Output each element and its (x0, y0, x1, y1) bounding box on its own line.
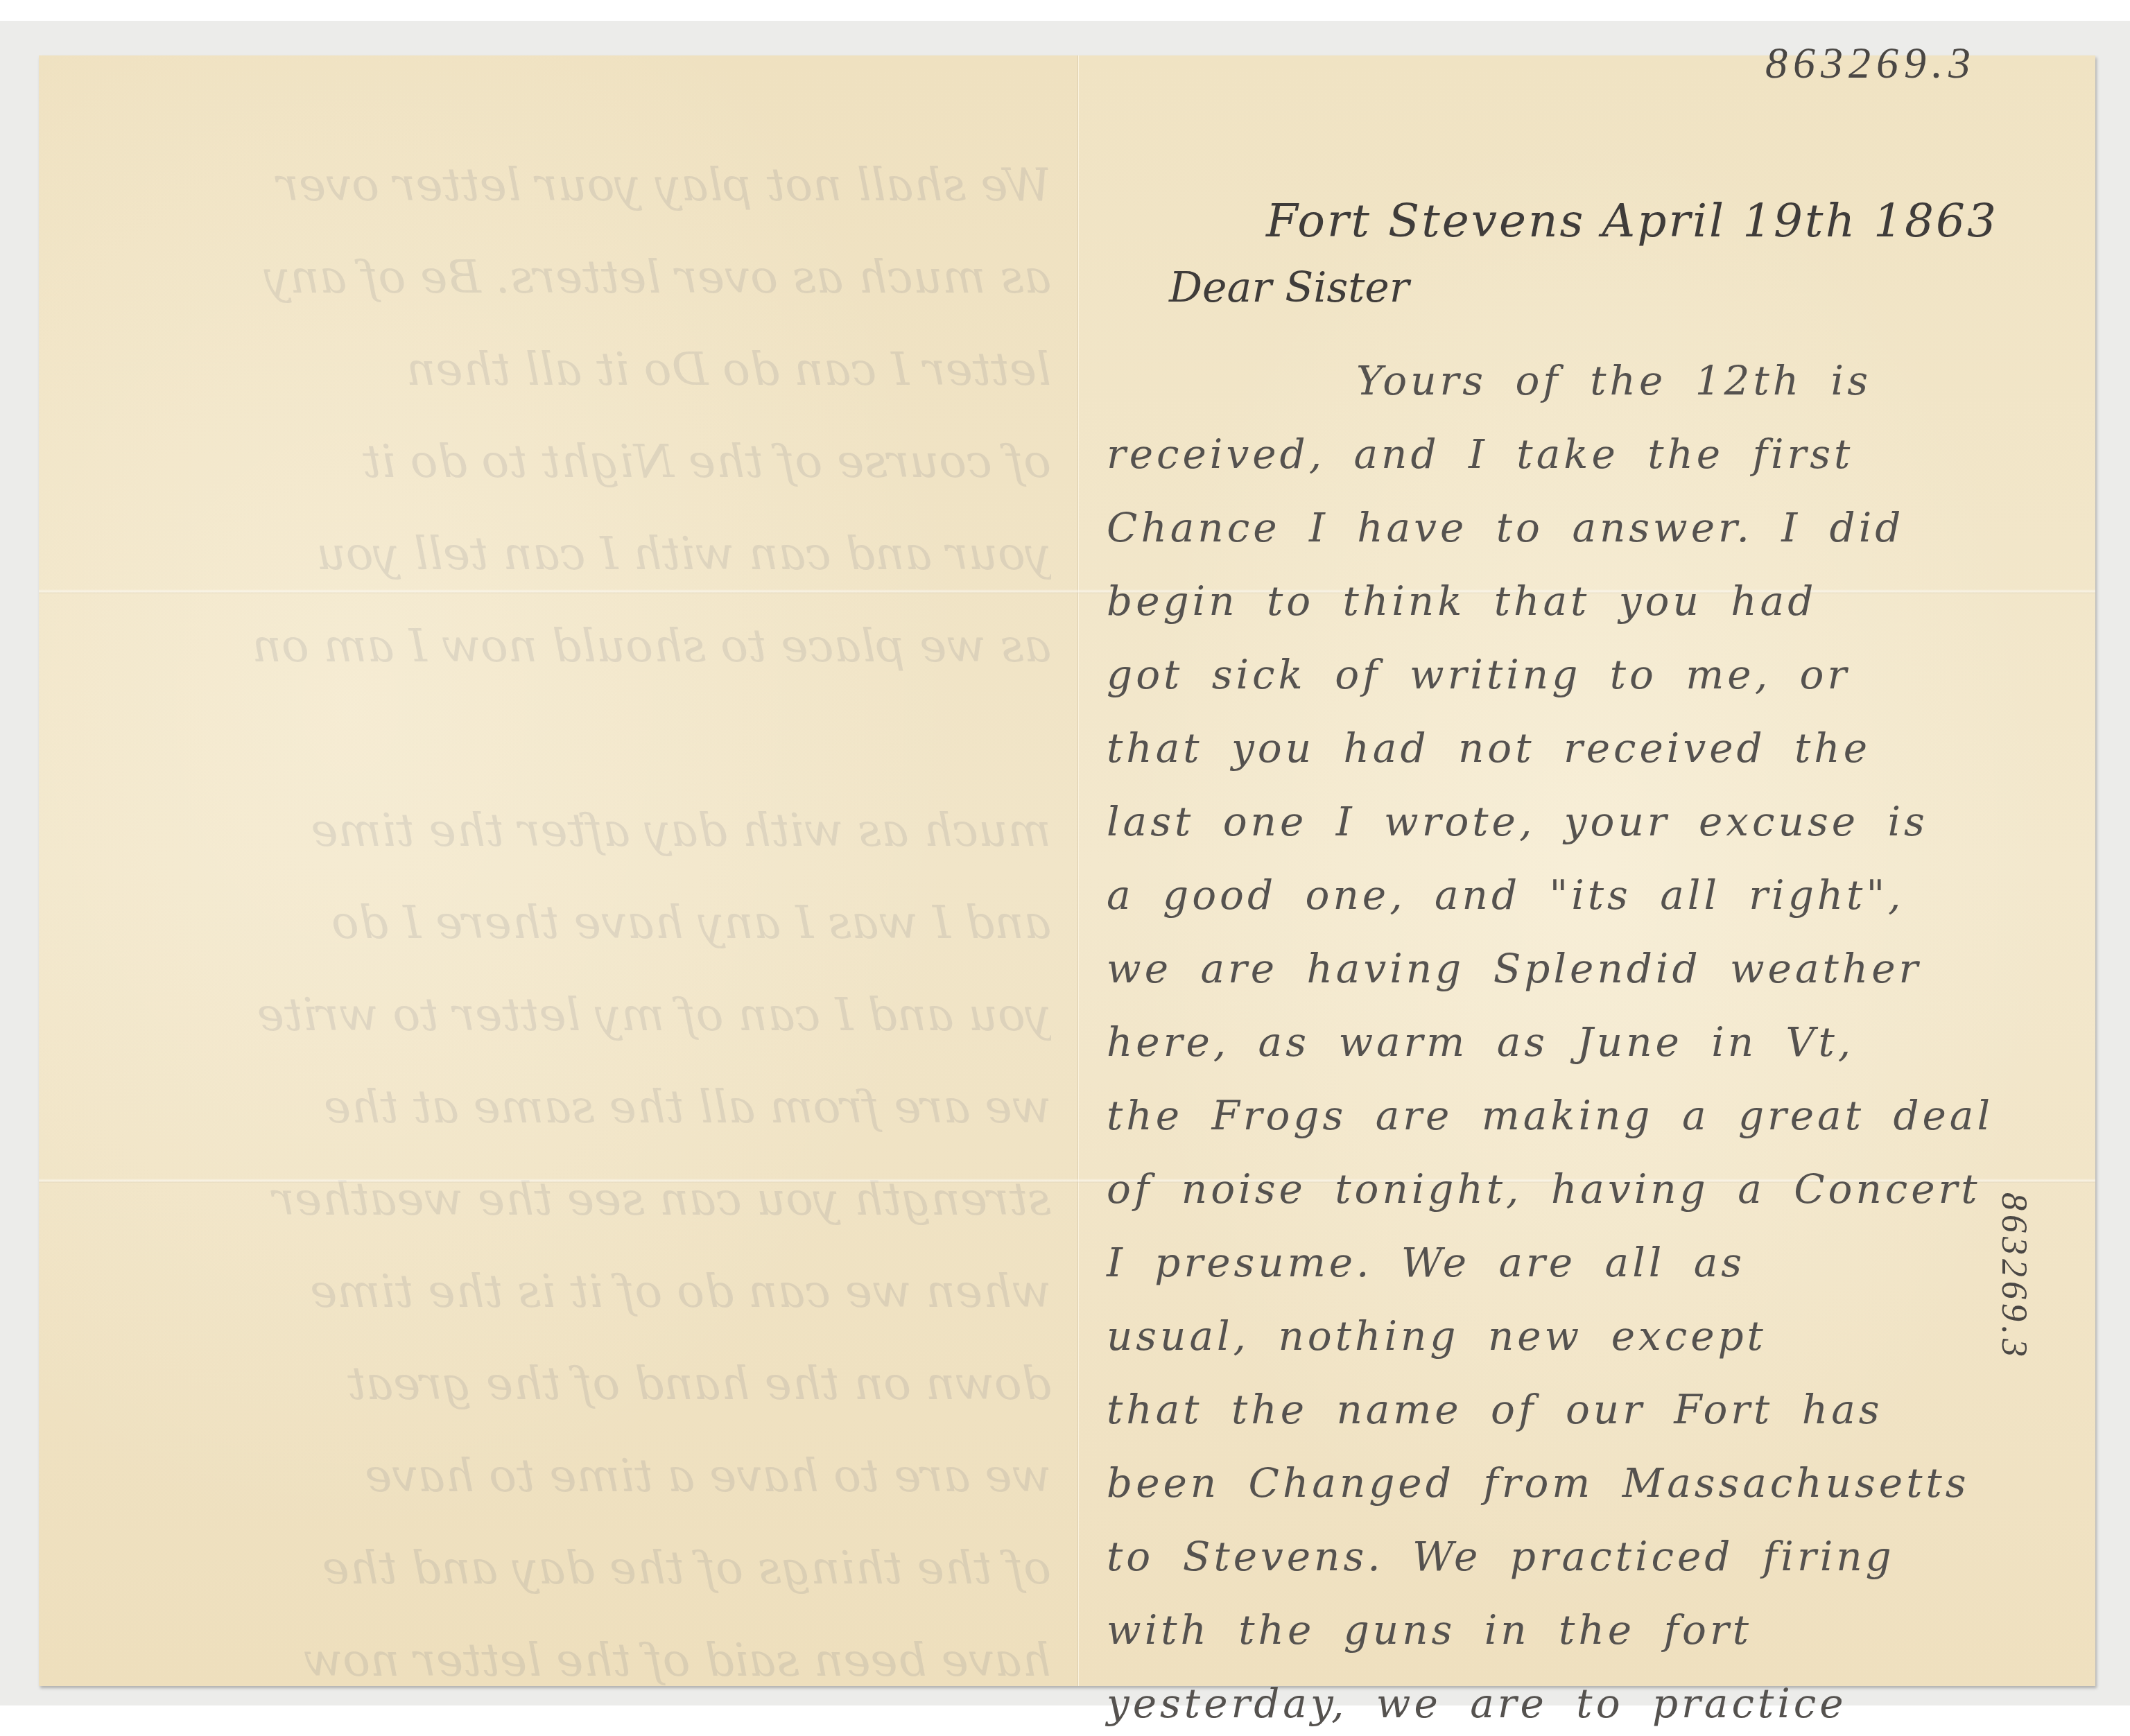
letter-line: that the name of our Fort has (1107, 1373, 2091, 1446)
letter-body: Yours of the 12th is received, and I tak… (1107, 344, 2091, 1736)
letter-sheet: We shall not play your letter over as mu… (39, 55, 2095, 1686)
letter-line: usual, nothing new except (1107, 1299, 2091, 1373)
letter-line: last one I wrote, your excuse is (1107, 785, 2091, 858)
letter-line: Chance I have to answer. I did (1107, 491, 2091, 564)
letter-line: a good one, and "its all right", (1107, 858, 2091, 932)
letter-line: Yours of the 12th is (1107, 344, 2091, 417)
left-page: We shall not play your letter over as mu… (39, 55, 1077, 1686)
letter-line: begin to think that you had (1107, 564, 2091, 638)
letter-line: received, and I take the first (1107, 417, 2091, 491)
letter-line: got sick of writing to me, or (1107, 638, 2091, 711)
letter-heading: Fort Stevens April 19th 1863 (1266, 194, 1998, 248)
letter-line: of noise tonight, having a Concert (1107, 1152, 2091, 1226)
salutation: Dear Sister (1169, 263, 1410, 312)
letter-line: the Frogs are making a great deal (1107, 1079, 2091, 1152)
bleed-through-text: We shall not play your letter over as mu… (80, 139, 1051, 1706)
letter-line: that you had not received the (1107, 711, 2091, 785)
letter-line: with the guns in the fort (1107, 1593, 2091, 1667)
letter-line: been Changed from Massachusetts (1107, 1446, 2091, 1520)
letter-line: yesterday, we are to practice (1107, 1667, 2091, 1736)
letter-line: here, as warm as June in Vt, (1107, 1005, 2091, 1079)
catalog-number: 863269.3 (1765, 37, 1976, 89)
letter-line: to Stevens. We practiced firing (1107, 1520, 2091, 1593)
letter-line: I presume. We are all as (1107, 1226, 2091, 1299)
letter-line: we are having Splendid weather (1107, 932, 2091, 1005)
